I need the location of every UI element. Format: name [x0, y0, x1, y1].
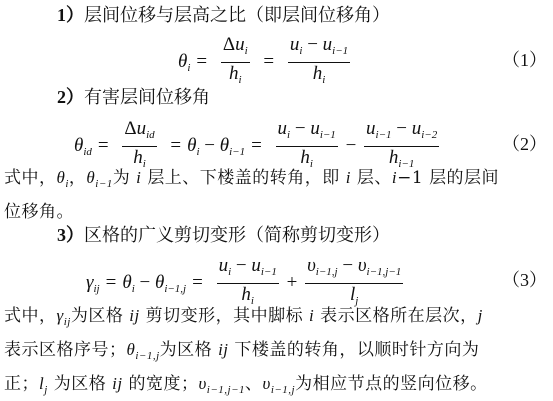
text: 表示区格序号； — [4, 340, 127, 360]
equation-3-number: （3） — [502, 266, 547, 292]
paragraph-line: 正；lj 为区格 ij 的宽度；υi−1,j−1、υi−1,j为相应节点的竖向位… — [4, 370, 549, 401]
text: 的宽度； — [128, 374, 198, 394]
text: 为相应节点的竖向位移。 — [295, 374, 488, 394]
text: 、 — [245, 374, 263, 394]
equation-1: θi= Δuihi = ui − ui−1hi — [178, 34, 353, 91]
section-3-explanation: 式中，γij为区格 ij 剪切变形，其中脚标 i 表示区格所在层次，j 表示区格… — [4, 302, 549, 401]
heading-text: 区格的广义剪切变形（简称剪切变形） — [84, 225, 390, 246]
text: 式中， — [4, 168, 57, 188]
text: 为 — [113, 168, 131, 188]
text: 为区格 — [54, 374, 107, 394]
text: 正； — [4, 374, 39, 394]
equation-1-number: （1） — [502, 46, 547, 72]
section-2-explanation: 式中，θi，θi−1为 i 层上、下楼盖的转角，即 i 层、i−1 层的层间 位… — [4, 164, 549, 226]
heading-number: 2） — [57, 87, 84, 107]
heading-text: 有害层间位移角 — [84, 87, 210, 108]
text: 层上、下楼盖的转角，即 — [147, 168, 340, 188]
paragraph-line: 位移角。 — [4, 198, 549, 226]
text: 层的层间 — [429, 168, 499, 188]
text: 式中， — [4, 306, 57, 326]
text: 下楼盖的转角，以顺时针方向为 — [234, 340, 479, 360]
heading-number: 1） — [57, 5, 84, 25]
text: ， — [69, 168, 87, 188]
text: 层、 — [357, 168, 392, 188]
section-1-heading: 1）层间位移与层高之比（即层间位移角） — [57, 4, 390, 27]
text: 为区格 — [71, 306, 124, 326]
paragraph-line: 式中，θi，θi−1为 i 层上、下楼盖的转角，即 i 层、i−1 层的层间 — [4, 164, 549, 198]
section-3-heading: 3）区格的广义剪切变形（简称剪切变形） — [57, 224, 390, 247]
text: 剪切变形，其中脚标 — [146, 306, 304, 326]
paragraph-line: 式中，γij为区格 ij 剪切变形，其中脚标 i 表示区格所在层次，j — [4, 302, 549, 336]
equation-2-number: （2） — [502, 130, 547, 156]
heading-text: 层间位移与层高之比（即层间位移角） — [84, 5, 390, 26]
text: 为区格 — [160, 340, 213, 360]
heading-number: 3） — [57, 225, 84, 245]
text: 表示区格所在层次， — [320, 306, 478, 326]
paragraph-line: 表示区格序号；θi−1,j为区格 ij 下楼盖的转角，以顺时针方向为 — [4, 336, 549, 370]
section-2-heading: 2）有害层间位移角 — [57, 86, 210, 109]
